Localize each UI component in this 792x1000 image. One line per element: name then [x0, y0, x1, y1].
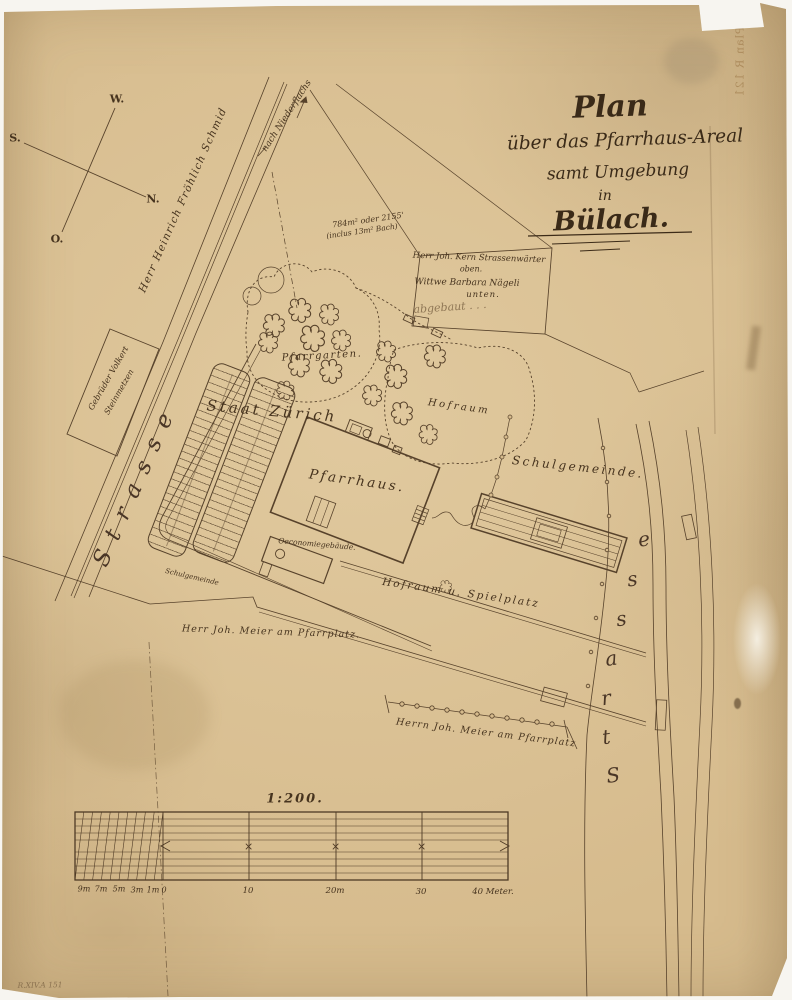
- svg-text:×: ×: [331, 840, 340, 853]
- hofraum-fence: [432, 415, 512, 525]
- scale-tick: 3m: [131, 886, 144, 895]
- scale-tick: 0: [161, 886, 166, 895]
- scale-tick: 20m: [326, 886, 345, 896]
- scanned-plan-page: × × × № 2 Plan R 121 Plan über: [0, 0, 792, 1000]
- plan-title-line5: Bülach.: [553, 202, 670, 237]
- archive-note: R.XIV.A 151: [17, 980, 62, 990]
- compass-lines: [24, 108, 146, 232]
- scale-tick: 10: [243, 886, 254, 896]
- scale-tick: 1m: [147, 886, 160, 895]
- scale-tick: 5m: [113, 885, 126, 894]
- scale-tick: 40 Meter.: [472, 887, 514, 897]
- scale-ratio-label: 1:200.: [266, 792, 324, 807]
- plan-reference-bleedthrough: Plan R 121: [734, 27, 747, 98]
- scale-tick: 9m: [78, 885, 91, 894]
- svg-text:×: ×: [244, 840, 253, 853]
- scale-bar: × × ×: [75, 812, 509, 880]
- svg-text:×: ×: [417, 840, 426, 853]
- plan-title-line4: in: [598, 188, 612, 204]
- right-street-name: Strasse: [592, 528, 650, 784]
- paper-sheet: × × × № 2 Plan R 121 Plan über: [0, 0, 792, 1000]
- scale-tick: 7m: [95, 885, 108, 894]
- compass-west-label: W.: [110, 93, 124, 106]
- paper-crease: [710, 126, 715, 434]
- owner-kern-position: oben.: [460, 265, 482, 274]
- compass-east-label: O.: [51, 233, 64, 246]
- compass-north-label: N.: [146, 193, 159, 206]
- owner-naegeli-label: Wittwe Barbara Nägeli: [414, 277, 519, 289]
- compass-south-label: S.: [9, 132, 20, 145]
- plan-title-line1: Plan: [572, 88, 648, 126]
- scale-tick: 30: [416, 887, 427, 897]
